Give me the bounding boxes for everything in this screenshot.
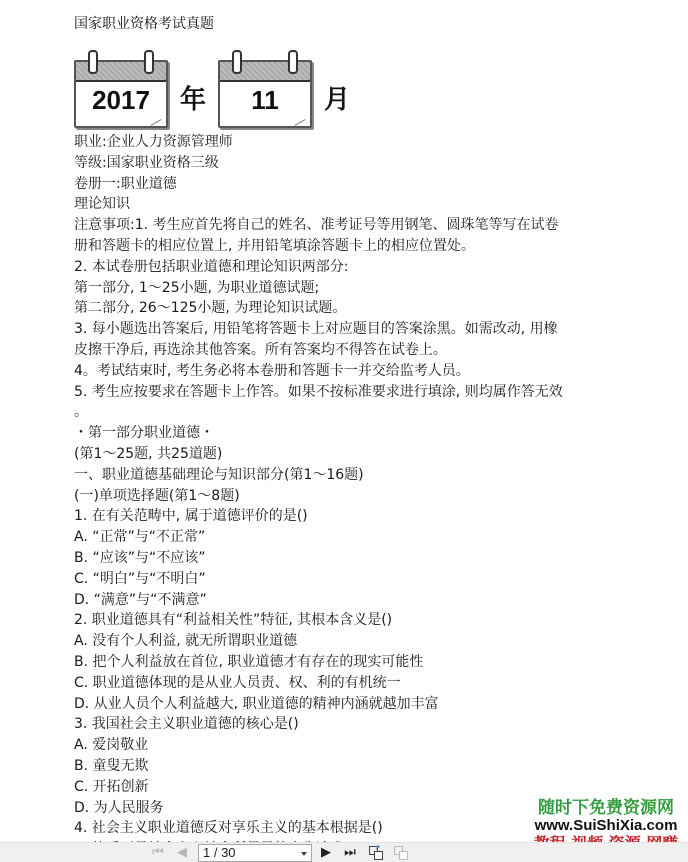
document-line: 2. 职业道德具有“利益相关性”特征, 其根本含义是(): [74, 610, 634, 631]
document-body: 职业:企业人力资源管理师等级:国家职业资格三级卷册一:职业道德理论知识注意事项:…: [74, 132, 634, 842]
document-line: 4。考试结束时, 考生务必将本卷册和答题卡一并交给监考人员。: [74, 361, 634, 382]
previous-page-button[interactable]: ◀: [174, 846, 190, 860]
document-line: 。: [74, 402, 634, 423]
document-line: 第二部分, 26～125小题, 为理论知识试题。: [74, 298, 634, 319]
chevron-down-icon: [301, 852, 307, 856]
calendar-month-icon: 11: [218, 60, 312, 128]
year-unit: 年: [180, 79, 206, 116]
exam-month: 11: [220, 82, 310, 118]
document-page: 国家职业资格考试真题 2017 年 11 月 职业:企业人力资源管理师等级:国家…: [0, 0, 688, 842]
document-line: 理论知识: [74, 194, 634, 215]
document-line: 3. 每小题选出答案后, 用铅笔将答题卡上对应题目的答案涂黑。如需改动, 用橡: [74, 319, 634, 340]
page-indicator: 1 / 30: [203, 845, 236, 860]
last-page-button[interactable]: ⏭: [342, 846, 358, 860]
document-title: 国家职业资格考试真题: [74, 14, 634, 34]
last-page-icon: ⏭: [344, 846, 356, 860]
document-line: B. 童叟无欺: [74, 756, 634, 777]
document-line: 一、职业道德基础理论与知识部分(第1～16题): [74, 465, 634, 486]
previous-page-icon: ◀: [177, 846, 187, 860]
document-line: 等级:国家职业资格三级: [74, 153, 634, 174]
document-line: D. 从业人员个人利益越大, 职业道德的精神内涵就越加丰富: [74, 694, 634, 715]
document-line: D. “满意”与“不满意”: [74, 590, 634, 611]
exam-date: 2017 年 11 月: [74, 38, 634, 128]
document-line: C. 职业道德体现的是从业人员责、权、利的有机统一: [74, 673, 634, 694]
document-line: A. 爱岗敬业: [74, 735, 634, 756]
document-line: 3. 我国社会主义职业道德的核心是(): [74, 714, 634, 735]
document-line: 5. 考生应按要求在答题卡上作答。如果不按标准要求进行填涂, 则均属作答无效: [74, 382, 634, 403]
document-line: 注意事项:1. 考生应首先将自己的姓名、准考证号等用钢笔、圆珠笔等写在试卷: [74, 215, 634, 236]
document-line: 2. 本试卷册包括职业道德和理论知识两部分:: [74, 257, 634, 278]
document-line: 1. 在有关范畴中, 属于道德评价的是(): [74, 506, 634, 527]
page-number-select[interactable]: 1 / 30: [198, 844, 312, 862]
document-line: 第一部分, 1～25小题, 为职业道德试题;: [74, 278, 634, 299]
fit-width-button[interactable]: [393, 845, 409, 861]
calendar-year-icon: 2017: [74, 60, 168, 128]
first-page-icon: ⏮: [152, 846, 164, 860]
watermark: 随时下免费资源网 www.SuiShiXia.com 教程 视频 资源 网赚: [524, 798, 688, 842]
document-line: A. “正常”与“不正常”: [74, 527, 634, 548]
fit-page-button[interactable]: [368, 845, 384, 861]
pdf-navigation-toolbar: ⏮ ◀ 1 / 30 ▶ ⏭: [0, 842, 688, 862]
next-page-button[interactable]: ▶: [318, 846, 334, 860]
fit-page-icon: [368, 845, 384, 861]
document-line: A. 没有个人利益, 就无所谓职业道德: [74, 631, 634, 652]
fit-width-icon: [393, 845, 409, 861]
document-content: 国家职业资格考试真题 2017 年 11 月 职业:企业人力资源管理师等级:国家…: [74, 14, 634, 842]
document-line: 册和答题卡的相应位置上, 并用铅笔填涂答题卡上的相应位置处。: [74, 236, 634, 257]
exam-year: 2017: [76, 82, 166, 118]
watermark-line1: 随时下免费资源网: [524, 798, 688, 818]
document-line: B. “应该”与“不应该”: [74, 548, 634, 569]
document-line: (第1～25题, 共25道题): [74, 444, 634, 465]
document-line: (一)单项选择题(第1～8题): [74, 486, 634, 507]
document-line: 皮擦干净后, 再选涂其他答案。所有答案均不得答在试卷上。: [74, 340, 634, 361]
watermark-url: www.SuiShiXia.com: [524, 818, 688, 834]
document-line: B. 把个人利益放在首位, 职业道德才有存在的现实可能性: [74, 652, 634, 673]
document-line: 卷册一:职业道德: [74, 174, 634, 195]
watermark-line3: 教程 视频 资源 网赚: [524, 834, 688, 842]
document-line: ・第一部分职业道德・: [74, 423, 634, 444]
document-line: C. “明白”与“不明白”: [74, 569, 634, 590]
document-line: C. 开拓创新: [74, 777, 634, 798]
document-line: 职业:企业人力资源管理师: [74, 132, 634, 153]
next-page-icon: ▶: [321, 846, 331, 860]
month-unit: 月: [324, 79, 350, 116]
first-page-button[interactable]: ⏮: [150, 846, 166, 860]
